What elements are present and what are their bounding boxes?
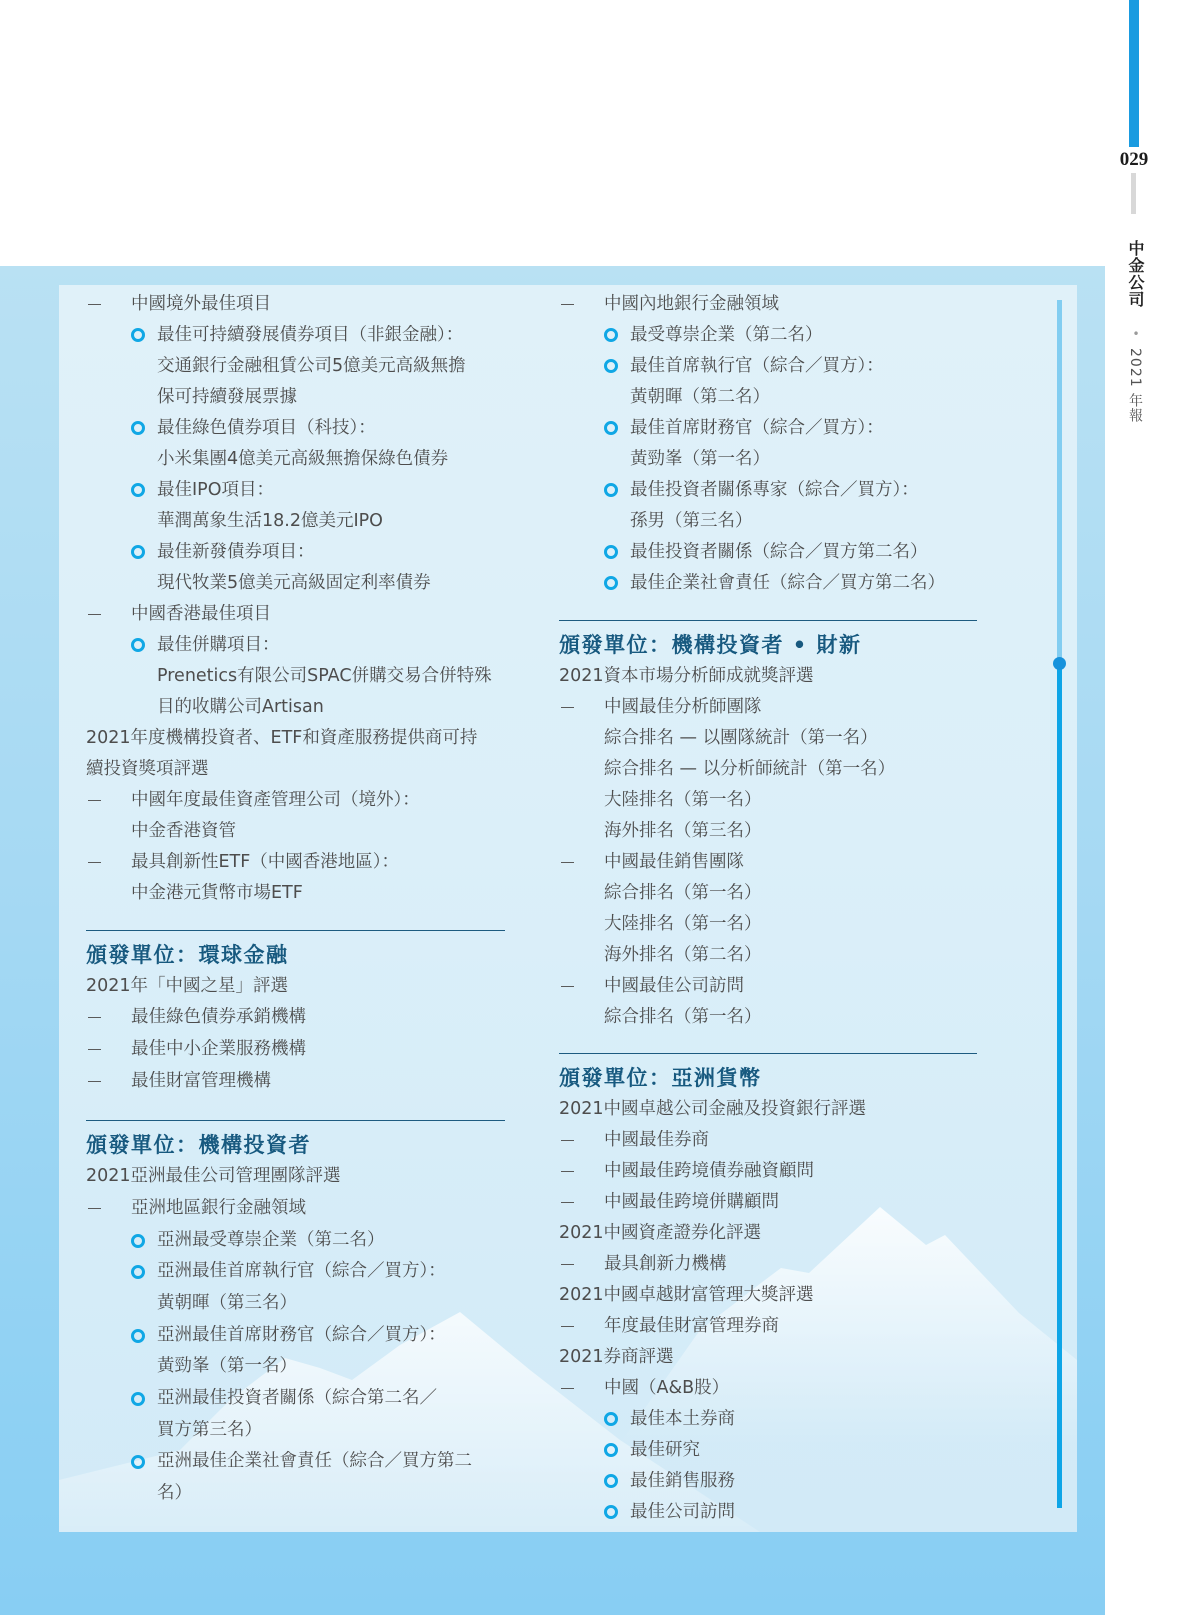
awards-column-left: 中國境外最佳項目 最佳可持續發展債券項目（非銀金融）： 交通銀行金融租賃公司5億…	[86, 289, 505, 1510]
issuer-heading: 頒發單位：機構投資者	[86, 1129, 505, 1161]
award-text: 最佳投資者關係專家（綜合／買方）：	[630, 475, 977, 506]
dash-marker-icon	[561, 1326, 574, 1327]
ring-bullet-icon	[131, 1455, 145, 1469]
award-text: 亞洲地區銀行金融領域	[131, 1193, 505, 1225]
dash-marker-icon	[88, 614, 101, 615]
award-section: 2021中國卓越公司金融及投資銀行評選 中國最佳券商 中國最佳跨境債券融資顧問 …	[559, 1094, 977, 1528]
award-text: 大陸排名（第一名）	[604, 785, 977, 816]
award-program: 2021年度機構投資者、ETF和資產服務提供商可持 續投資獎項評選	[86, 723, 505, 785]
dash-marker-icon	[561, 862, 574, 863]
dash-marker-icon	[88, 1208, 101, 1209]
award-text: 最佳首席執行官（綜合／買方）：	[630, 351, 977, 382]
award-text: 最佳公司訪問	[630, 1497, 977, 1528]
award-program-title: 續投資獎項評選	[86, 754, 505, 785]
award-text: 最佳財富管理機構	[131, 1066, 505, 1098]
ring-bullet-icon	[131, 1265, 145, 1279]
ring-bullet-icon	[604, 545, 618, 559]
award-text: 中國最佳銷售團隊	[604, 847, 977, 878]
award-text: 亞洲最佳企業社會責任（綜合／買方第二	[157, 1446, 505, 1478]
award-text: 海外排名（第三名）	[604, 816, 977, 847]
award-category: 中國年度最佳資產管理公司（境外）： 中金香港資管	[86, 785, 505, 847]
section-divider	[86, 930, 505, 931]
award-text: 亞洲最受尊崇企業（第二名）	[157, 1225, 505, 1257]
section-divider	[559, 620, 977, 621]
award-text: 黃勁峯（第一名）	[630, 444, 977, 475]
award-text: 綜合排名（第一名）	[604, 1002, 977, 1033]
award-text: 交通銀行金融租賃公司5億美元高級無擔	[157, 351, 505, 382]
award-text: 最佳投資者關係（綜合／買方第二名）	[630, 537, 977, 568]
award-category: 中國最佳跨境債券融資顧問	[559, 1156, 977, 1187]
award-category: 最佳財富管理機構	[86, 1066, 505, 1098]
ring-bullet-icon	[604, 421, 618, 435]
award-text: 最佳首席財務官（綜合／買方）：	[630, 413, 977, 444]
award-category: 中國境外最佳項目	[86, 289, 505, 320]
award-program: 2021中國卓越財富管理大獎評選	[559, 1280, 977, 1311]
ring-bullet-icon	[604, 1443, 618, 1457]
award-text: 綜合排名 — 以團隊統計（第一名）	[604, 723, 977, 754]
issuer-heading: 頒發單位：環球金融	[86, 939, 505, 971]
award-program-title: 2021中國卓越公司金融及投資銀行評選	[559, 1094, 977, 1125]
award-text: 最佳IPO項目：	[157, 475, 505, 506]
award-category: 最佳中小企業服務機構	[86, 1034, 505, 1066]
award-item: 亞洲最佳企業社會責任（綜合／買方第二 名）	[86, 1446, 505, 1509]
award-text: 目的收購公司Artisan	[157, 692, 505, 723]
award-text: 最佳企業社會責任（綜合／買方第二名）	[630, 568, 977, 599]
award-program: 2021券商評選	[559, 1342, 977, 1373]
award-item: 最受尊崇企業（第二名）	[559, 320, 977, 351]
dash-marker-icon	[561, 1388, 574, 1389]
award-item: 最佳公司訪問	[559, 1497, 977, 1528]
award-text: 最佳新發債券項目：	[157, 537, 505, 568]
award-text: 保可持續發展票據	[157, 382, 505, 413]
issuer-heading: 頒發單位：亞洲貨幣	[559, 1062, 977, 1094]
award-text: 買方第三名）	[157, 1415, 505, 1447]
award-text: 中國最佳跨境債券融資顧問	[604, 1156, 977, 1187]
company-name: 中金公司	[1125, 240, 1145, 308]
award-text: 中國年度最佳資產管理公司（境外）：	[131, 785, 505, 816]
award-text: 中金香港資管	[131, 816, 505, 847]
ring-bullet-icon	[131, 1329, 145, 1343]
separator-dot-icon: •	[1126, 326, 1146, 342]
ring-bullet-icon	[604, 328, 618, 342]
dash-marker-icon	[88, 800, 101, 801]
award-section: 2021年「中國之星」評選 最佳綠色債券承銷機構 最佳中小企業服務機構 最佳財富…	[86, 971, 505, 1098]
award-section: 2021資本市場分析師成就獎評選 中國最佳分析師團隊 綜合排名 — 以團隊統計（…	[559, 661, 977, 1033]
ring-bullet-icon	[131, 421, 145, 435]
ring-bullet-icon	[131, 1234, 145, 1248]
award-category: 中國最佳券商	[559, 1125, 977, 1156]
dash-marker-icon	[561, 1202, 574, 1203]
award-text: 最佳本土券商	[630, 1404, 977, 1435]
ring-bullet-icon	[131, 483, 145, 497]
timeline-line-lower	[1057, 663, 1062, 1508]
award-program-title: 2021資本市場分析師成就獎評選	[559, 661, 977, 692]
award-text: 大陸排名（第一名）	[604, 909, 977, 940]
award-item: 亞洲最佳首席執行官（綜合／買方）： 黃朝暉（第三名）	[86, 1256, 505, 1319]
award-category: 亞洲地區銀行金融領域	[86, 1193, 505, 1225]
award-category: 中國最佳跨境併購顧問	[559, 1187, 977, 1218]
award-text: 中國境外最佳項目	[131, 289, 505, 320]
award-text: 最受尊崇企業（第二名）	[630, 320, 977, 351]
award-text: 最佳中小企業服務機構	[131, 1034, 505, 1066]
award-category: 年度最佳財富管理券商	[559, 1311, 977, 1342]
award-text: 海外排名（第二名）	[604, 940, 977, 971]
dash-marker-icon	[561, 1171, 574, 1172]
award-item: 最佳首席財務官（綜合／買方）： 黃勁峯（第一名）	[559, 413, 977, 475]
award-section: 中國內地銀行金融領域 最受尊崇企業（第二名） 最佳首席執行官（綜合／買方）： 黃…	[559, 289, 977, 599]
award-item: 最佳投資者關係（綜合／買方第二名）	[559, 537, 977, 568]
award-item: 最佳本土券商	[559, 1404, 977, 1435]
section-divider	[559, 1053, 977, 1054]
ring-bullet-icon	[131, 328, 145, 342]
award-text: 名）	[157, 1478, 505, 1510]
award-text: 中國最佳分析師團隊	[604, 692, 977, 723]
award-text: 最佳可持續發展債券項目（非銀金融）：	[157, 320, 505, 351]
award-text: 黃朝暉（第二名）	[630, 382, 977, 413]
award-program-title: 2021年「中國之星」評選	[86, 971, 505, 1003]
section-divider	[86, 1120, 505, 1121]
award-item: 最佳企業社會責任（綜合／買方第二名）	[559, 568, 977, 599]
award-text: 華潤萬象生活18.2億美元IPO	[157, 506, 505, 537]
award-text: 中國（A&B股）	[604, 1373, 977, 1404]
award-category: 中國最佳公司訪問 綜合排名（第一名）	[559, 971, 977, 1033]
awards-column-right: 中國內地銀行金融領域 最受尊崇企業（第二名） 最佳首席執行官（綜合／買方）： 黃…	[559, 289, 977, 1528]
award-item: 亞洲最佳投資者關係（綜合第二名／ 買方第三名）	[86, 1383, 505, 1446]
award-program: 2021年「中國之星」評選	[86, 971, 505, 1003]
award-text: 最佳銷售服務	[630, 1466, 977, 1497]
award-text: 黃朝暉（第三名）	[157, 1288, 505, 1320]
dash-marker-icon	[88, 862, 101, 863]
award-section: 中國境外最佳項目 最佳可持續發展債券項目（非銀金融）： 交通銀行金融租賃公司5億…	[86, 289, 505, 909]
award-category: 中國（A&B股）	[559, 1373, 977, 1404]
page-marker-blue-bar	[1129, 0, 1139, 147]
award-program: 2021中國資產證券化評選	[559, 1218, 977, 1249]
award-item: 最佳銷售服務	[559, 1466, 977, 1497]
award-text: 亞洲最佳首席財務官（綜合／買方）：	[157, 1320, 505, 1352]
dash-marker-icon	[88, 1081, 101, 1082]
award-text: 綜合排名 — 以分析師統計（第一名）	[604, 754, 977, 785]
award-category: 最具創新性ETF（中國香港地區）： 中金港元貨幣市場ETF	[86, 847, 505, 909]
page-marker-grey-bar	[1131, 173, 1136, 214]
award-text: 亞洲最佳首席執行官（綜合／買方）：	[157, 1256, 505, 1288]
dash-marker-icon	[561, 986, 574, 987]
award-text: 最佳綠色債券項目（科技）：	[157, 413, 505, 444]
ring-bullet-icon	[604, 1505, 618, 1519]
award-category: 中國最佳分析師團隊 綜合排名 — 以團隊統計（第一名） 綜合排名 — 以分析師統…	[559, 692, 977, 847]
award-text: 中國最佳跨境併購顧問	[604, 1187, 977, 1218]
award-program: 2021亞洲最佳公司管理團隊評選	[86, 1161, 505, 1193]
award-program-title: 2021年度機構投資者、ETF和資產服務提供商可持	[86, 723, 505, 754]
award-text: 年度最佳財富管理券商	[604, 1311, 977, 1342]
award-item: 亞洲最佳首席財務官（綜合／買方）： 黃勁峯（第一名）	[86, 1320, 505, 1383]
dash-marker-icon	[561, 1140, 574, 1141]
timeline-line-upper	[1057, 300, 1062, 663]
report-title: 2021 年報	[1126, 348, 1144, 423]
award-program-title: 2021中國卓越財富管理大獎評選	[559, 1280, 977, 1311]
ring-bullet-icon	[604, 1412, 618, 1426]
award-item: 最佳研究	[559, 1435, 977, 1466]
timeline-dot-icon	[1053, 657, 1066, 670]
page-number: 029	[1104, 150, 1164, 170]
dash-marker-icon	[88, 304, 101, 305]
dash-marker-icon	[561, 1264, 574, 1265]
award-text: 最佳綠色債券承銷機構	[131, 1002, 505, 1034]
dash-marker-icon	[561, 707, 574, 708]
award-text: 綜合排名（第一名）	[604, 878, 977, 909]
dash-marker-icon	[88, 1049, 101, 1050]
award-text: 中國香港最佳項目	[131, 599, 505, 630]
award-text: 中金港元貨幣市場ETF	[131, 878, 505, 909]
award-text: 最具創新性ETF（中國香港地區）：	[131, 847, 505, 878]
award-program-title: 2021亞洲最佳公司管理團隊評選	[86, 1161, 505, 1193]
award-item: 最佳併購項目： Prenetics有限公司SPAC併購交易合併特殊 目的收購公司…	[86, 630, 505, 723]
award-text: 最佳併購項目：	[157, 630, 505, 661]
award-category: 中國內地銀行金融領域	[559, 289, 977, 320]
award-text: Prenetics有限公司SPAC併購交易合併特殊	[157, 661, 505, 692]
award-text: 黃勁峯（第一名）	[157, 1351, 505, 1383]
award-category: 最具創新力機構	[559, 1249, 977, 1280]
award-text: 中國最佳公司訪問	[604, 971, 977, 1002]
award-program: 2021資本市場分析師成就獎評選	[559, 661, 977, 692]
issuer-heading: 頒發單位：機構投資者 • 財新	[559, 629, 977, 661]
award-text: 最具創新力機構	[604, 1249, 977, 1280]
award-program-title: 2021券商評選	[559, 1342, 977, 1373]
dash-marker-icon	[561, 304, 574, 305]
award-item: 最佳IPO項目： 華潤萬象生活18.2億美元IPO	[86, 475, 505, 537]
award-text: 最佳研究	[630, 1435, 977, 1466]
award-program-title: 2021中國資產證券化評選	[559, 1218, 977, 1249]
award-category: 中國最佳銷售團隊 綜合排名（第一名） 大陸排名（第一名） 海外排名（第二名）	[559, 847, 977, 971]
ring-bullet-icon	[604, 359, 618, 373]
dash-marker-icon	[88, 1017, 101, 1018]
ring-bullet-icon	[131, 638, 145, 652]
award-text: 小米集團4億美元高級無擔保綠色債券	[157, 444, 505, 475]
ring-bullet-icon	[131, 1392, 145, 1406]
award-section: 2021亞洲最佳公司管理團隊評選 亞洲地區銀行金融領域 亞洲最受尊崇企業（第二名…	[86, 1161, 505, 1510]
ring-bullet-icon	[604, 1474, 618, 1488]
award-item: 最佳投資者關係專家（綜合／買方）： 孫男（第三名）	[559, 475, 977, 537]
ring-bullet-icon	[604, 576, 618, 590]
award-text: 亞洲最佳投資者關係（綜合第二名／	[157, 1383, 505, 1415]
award-text: 中國最佳券商	[604, 1125, 977, 1156]
ring-bullet-icon	[131, 545, 145, 559]
award-category: 最佳綠色債券承銷機構	[86, 1002, 505, 1034]
award-program: 2021中國卓越公司金融及投資銀行評選	[559, 1094, 977, 1125]
award-item: 最佳可持續發展債券項目（非銀金融）： 交通銀行金融租賃公司5億美元高級無擔 保可…	[86, 320, 505, 413]
award-category: 中國香港最佳項目	[86, 599, 505, 630]
ring-bullet-icon	[604, 483, 618, 497]
award-item: 最佳首席執行官（綜合／買方）： 黃朝暉（第二名）	[559, 351, 977, 413]
award-item: 亞洲最受尊崇企業（第二名）	[86, 1225, 505, 1257]
award-item: 最佳新發債券項目： 現代牧業5億美元高級固定利率債券	[86, 537, 505, 599]
award-text: 中國內地銀行金融領域	[604, 289, 977, 320]
award-text: 孫男（第三名）	[630, 506, 977, 537]
award-text: 現代牧業5億美元高級固定利率債券	[157, 568, 505, 599]
award-item: 最佳綠色債券項目（科技）： 小米集團4億美元高級無擔保綠色債券	[86, 413, 505, 475]
